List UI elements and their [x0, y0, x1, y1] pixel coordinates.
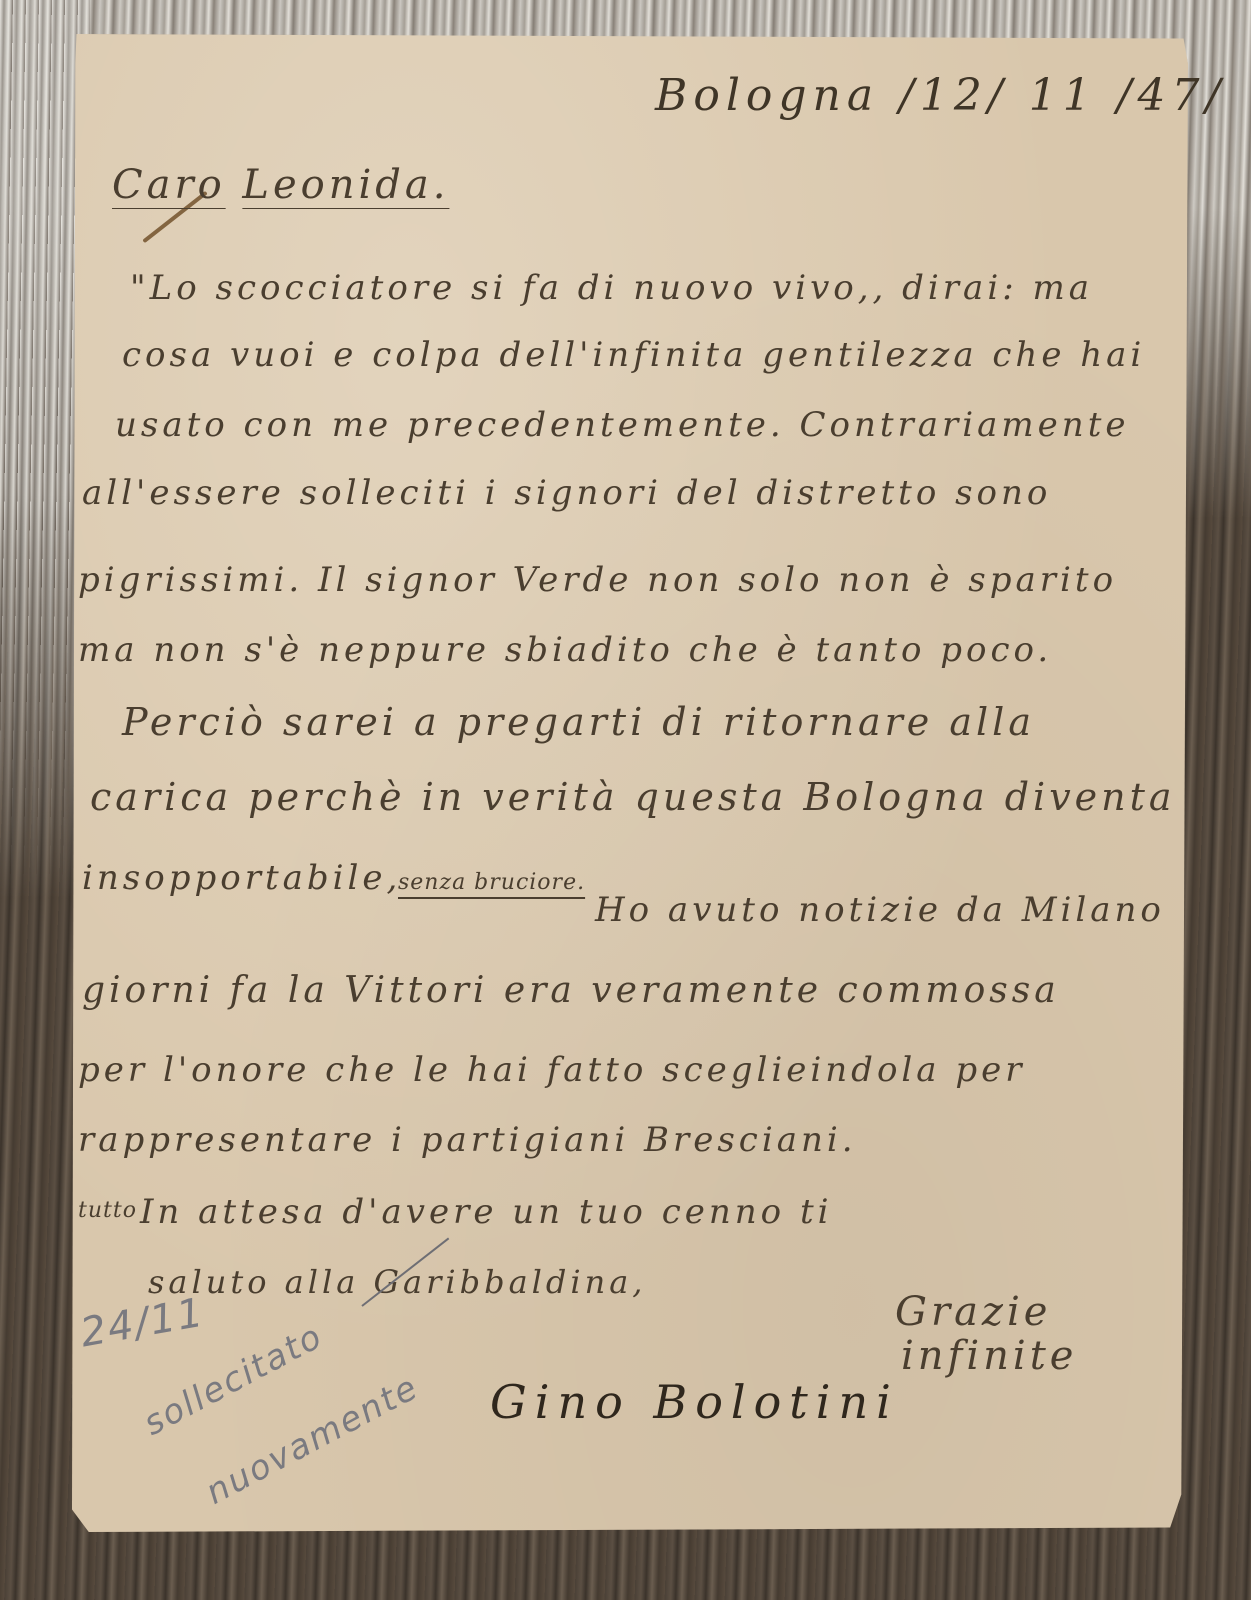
body-line-11: giorni fa la Vittori era veramente commo… — [82, 970, 1060, 1011]
closing-thanks-line1: Grazie — [895, 1290, 1077, 1334]
body-line-15: saluto alla Garibbaldina, — [148, 1263, 646, 1301]
body-line-2: cosa vuoi e colpa dell'infinita gentilez… — [122, 335, 1145, 375]
closing-thanks-line2: infinite — [895, 1334, 1077, 1378]
body-line-14: In attesa d'avere un tuo cenno ti — [140, 1192, 833, 1232]
body-line-3: usato con me precedentemente. Contrariam… — [115, 405, 1129, 445]
salutation-name: Leonida. — [242, 162, 449, 208]
body-line-1: "Lo scocciatore si fa di nuovo vivo,, di… — [130, 268, 1093, 308]
salutation: Caro Leonida. — [112, 162, 449, 208]
signature: Gino Bolotini — [490, 1375, 899, 1429]
body-line-4: all'essere solleciti i signori del distr… — [82, 473, 1051, 513]
body-line-9: insopportabile, — [82, 858, 401, 898]
body-line-13: rappresentare i partigiani Bresciani. — [78, 1120, 857, 1160]
body-line-6: ma non s'è neppure sbiadito che è tanto … — [78, 630, 1052, 670]
body-inserted-note: senza bruciore. — [398, 870, 585, 895]
margin-note-tutto: tutto — [78, 1198, 137, 1223]
body-line-7: Perciò sarei a pregarti di ritornare all… — [122, 700, 1035, 744]
body-line-5: pigrissimi. Il signor Verde non solo non… — [78, 560, 1117, 600]
closing-thanks: Grazie infinite — [895, 1290, 1077, 1378]
body-line-12: per l'onore che le hai fatto sceglieindo… — [78, 1050, 1026, 1090]
place-date: Bologna /12/ 11 /47/ — [655, 70, 1226, 121]
body-line-8: carica perchè in verità questa Bologna d… — [90, 775, 1176, 819]
body-line-10: Ho avuto notizie da Milano — [595, 890, 1165, 930]
salutation-word-caro: Caro — [112, 162, 226, 208]
